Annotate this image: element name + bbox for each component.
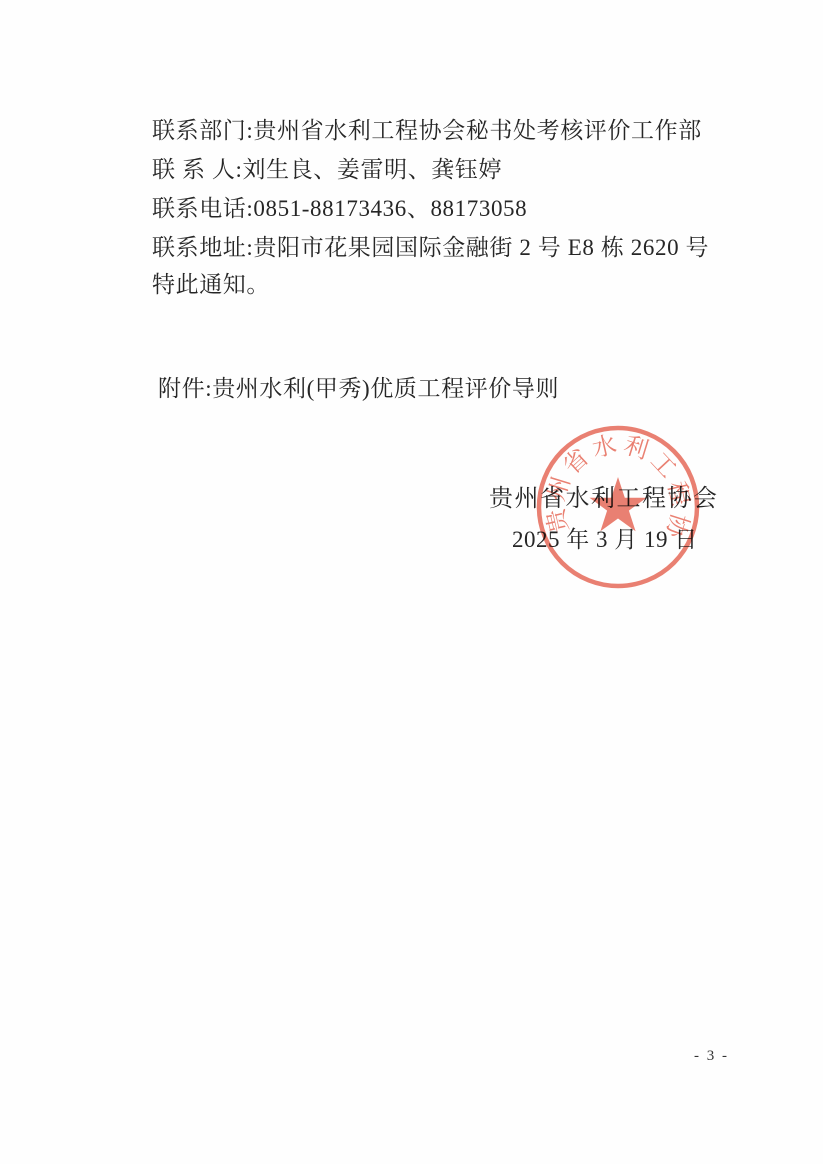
attachment-line: 附件:贵州水利(甲秀)优质工程评价导则	[158, 370, 559, 403]
document-page: 联系部门:贵州省水利工程协会秘书处考核评价工作部 联 系 人:刘生良、姜雷明、龚…	[0, 0, 823, 1164]
contact-phone-line: 联系电话:0851-88173436、88173058	[152, 190, 527, 223]
contact-department-line: 联系部门:贵州省水利工程协会秘书处考核评价工作部	[152, 112, 702, 145]
signature-date: 2025 年 3 月 19 日	[512, 521, 698, 554]
page-number: - 3 -	[694, 1048, 729, 1065]
contact-address-line: 联系地址:贵阳市花果园国际金融街 2 号 E8 栋 2620 号	[152, 229, 709, 262]
notice-closing-line: 特此通知。	[152, 266, 270, 299]
signature-organization: 贵州省水利工程协会	[489, 478, 719, 513]
contact-person-line: 联 系 人:刘生良、姜雷明、龚钰婷	[152, 151, 502, 184]
